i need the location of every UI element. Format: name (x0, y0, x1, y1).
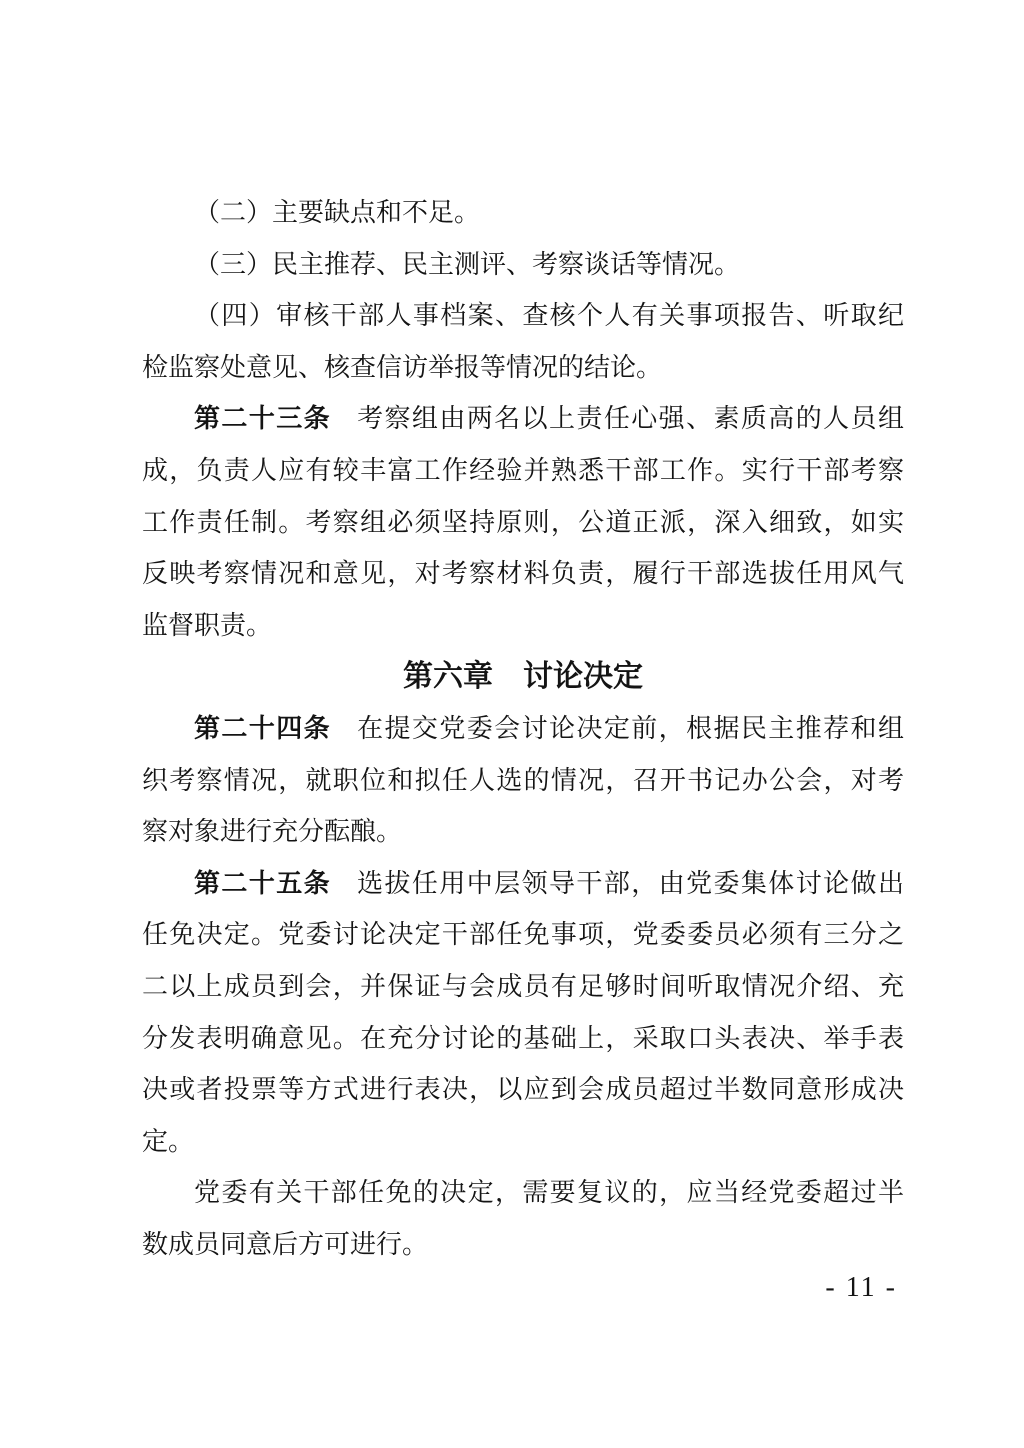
text-line: 党委有关干部任免的决定，需要复议的，应当经党委超过半 (142, 1167, 904, 1219)
text-line: 定。 (142, 1116, 904, 1168)
text-line: 分发表明确意见。在充分讨论的基础上，采取口头表决、举手表 (142, 1013, 904, 1065)
text-line: 织考察情况，就职位和拟任人选的情况，召开书记办公会，对考 (142, 755, 904, 807)
text-line: 第二十五条选拔任用中层领导干部，由党委集体讨论做出 (142, 858, 904, 910)
text-block: （二）主要缺点和不足。（三）民主推荐、民主测评、考察谈话等情况。（四）审核干部人… (142, 187, 904, 1270)
text-line: 工作责任制。考察组必须坚持原则，公道正派，深入细致，如实 (142, 497, 904, 549)
text-line: 察对象进行充分酝酿。 (142, 806, 904, 858)
text-line: 第二十三条考察组由两名以上责任心强、素质高的人员组 (142, 393, 904, 445)
text-line: 反映考察情况和意见，对考察材料负责，履行干部选拔任用风气 (142, 548, 904, 600)
text-line: 成，负责人应有较丰富工作经验并熟悉干部工作。实行干部考察 (142, 445, 904, 497)
text-line: 监督职责。 (142, 600, 904, 652)
text-line: （二）主要缺点和不足。 (142, 187, 904, 239)
text-line: （三）民主推荐、民主测评、考察谈话等情况。 (142, 239, 904, 291)
article-number: 第二十四条 (194, 714, 331, 743)
article-number: 第二十三条 (194, 404, 331, 433)
page-number: - 11 - (825, 1272, 897, 1304)
text-line: 检监察处意见、核查信访举报等情况的结论。 (142, 342, 904, 394)
text-line: 第二十四条在提交党委会讨论决定前，根据民主推荐和组 (142, 703, 904, 755)
article-text: 选拔任用中层领导干部，由党委集体讨论做出 (357, 869, 904, 898)
article-text: 在提交党委会讨论决定前，根据民主推荐和组 (357, 714, 904, 743)
text-line: 任免决定。党委讨论决定干部任免事项，党委委员必须有三分之 (142, 909, 904, 961)
text-line: 数成员同意后方可进行。 (142, 1219, 904, 1271)
article-text: 考察组由两名以上责任心强、素质高的人员组 (357, 404, 904, 433)
text-line: 决或者投票等方式进行表决，以应到会成员超过半数同意形成决 (142, 1064, 904, 1116)
document-page: （二）主要缺点和不足。（三）民主推荐、民主测评、考察谈话等情况。（四）审核干部人… (0, 0, 1024, 1448)
text-line: （四）审核干部人事档案、查核个人有关事项报告、听取纪 (142, 290, 904, 342)
chapter-heading: 第六章 讨论决定 (142, 651, 904, 703)
article-number: 第二十五条 (194, 869, 331, 898)
text-line: 二以上成员到会，并保证与会成员有足够时间听取情况介绍、充 (142, 961, 904, 1013)
